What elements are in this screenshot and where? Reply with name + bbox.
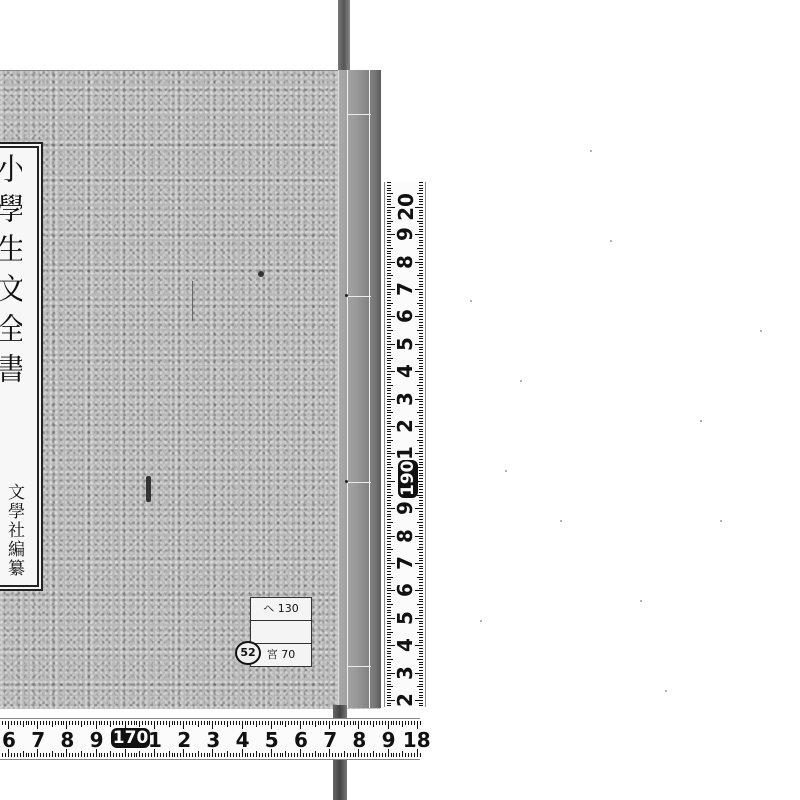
ruler-tick bbox=[419, 574, 423, 575]
ruler-tick bbox=[387, 215, 391, 216]
ruler-tick bbox=[417, 686, 423, 687]
ruler-tick bbox=[417, 330, 423, 331]
ruler-tick bbox=[387, 360, 391, 361]
ruler-tick bbox=[419, 623, 423, 624]
ruler-tick bbox=[419, 555, 423, 556]
ruler-tick bbox=[387, 314, 391, 315]
ruler-tick bbox=[180, 721, 181, 725]
ruler-tick bbox=[417, 659, 423, 660]
ruler-tick bbox=[387, 188, 391, 189]
ruler-tick bbox=[387, 305, 391, 306]
ruler-tick bbox=[215, 753, 216, 757]
ruler-tick bbox=[387, 651, 391, 652]
ruler-tick bbox=[387, 552, 391, 553]
ruler-tick bbox=[341, 753, 342, 757]
ruler-tick bbox=[387, 593, 391, 594]
ruler-tick bbox=[247, 753, 248, 757]
ruler-tick bbox=[320, 753, 321, 757]
ruler-tick bbox=[419, 336, 423, 337]
ruler-tick bbox=[344, 751, 345, 757]
ruler-tick bbox=[419, 396, 423, 397]
ruler-label: 2 bbox=[393, 688, 417, 712]
ruler-tick bbox=[31, 753, 32, 757]
ruler-tick bbox=[387, 374, 391, 375]
ruler-tick bbox=[419, 363, 423, 364]
ruler-tick bbox=[408, 753, 409, 757]
ruler-tick bbox=[387, 489, 391, 490]
ruler-tick bbox=[259, 721, 260, 725]
ruler-tick bbox=[419, 229, 423, 230]
ruler-tick bbox=[364, 753, 365, 757]
ruler-tick bbox=[376, 721, 377, 725]
ruler-tick bbox=[419, 311, 423, 312]
ruler-tick bbox=[387, 442, 391, 443]
ruler-tick bbox=[387, 604, 393, 605]
ruler-tick bbox=[419, 593, 423, 594]
ruler-label: 8 bbox=[352, 728, 366, 752]
ruler-tick bbox=[113, 753, 114, 757]
ruler-tick bbox=[61, 721, 62, 725]
ruler-tick bbox=[157, 721, 158, 725]
ruler-tick bbox=[411, 753, 412, 757]
ruler-tick bbox=[245, 753, 246, 757]
ruler-tick bbox=[419, 473, 423, 474]
ruler-label: 6 bbox=[2, 728, 16, 752]
ruler-tick bbox=[387, 396, 391, 397]
ruler-tick bbox=[207, 721, 208, 725]
ruler-tick bbox=[128, 753, 129, 757]
ruler-tick bbox=[387, 475, 391, 476]
ruler-tick bbox=[309, 721, 310, 725]
ruler-tick bbox=[417, 440, 423, 441]
book-spine bbox=[338, 70, 381, 708]
ruler-tick bbox=[387, 259, 391, 260]
ruler-tick bbox=[387, 492, 391, 493]
ruler-tick bbox=[139, 751, 140, 757]
ruler-label: 9 bbox=[393, 222, 417, 246]
ruler-label: 1 bbox=[148, 728, 162, 752]
ruler-label: 2 bbox=[177, 728, 191, 752]
ruler-tick bbox=[419, 215, 423, 216]
ruler-tick bbox=[84, 721, 85, 725]
ruler-tick bbox=[268, 753, 269, 757]
ruler-tick bbox=[419, 352, 423, 353]
ruler-tick bbox=[396, 721, 397, 725]
ruler-tick bbox=[373, 751, 374, 757]
ruler-tick bbox=[419, 245, 423, 246]
ruler-tick bbox=[209, 721, 210, 725]
ruler-tick bbox=[387, 319, 391, 320]
ruler-tick bbox=[323, 753, 324, 757]
ruler-tick bbox=[387, 242, 391, 243]
ruler-tick bbox=[122, 753, 123, 757]
ruler-tick bbox=[367, 721, 368, 725]
ruler-tick bbox=[387, 522, 393, 523]
ruler-tick bbox=[419, 541, 423, 542]
ruler-tick bbox=[419, 410, 423, 411]
ruler-tick bbox=[419, 242, 423, 243]
ruler-tick bbox=[318, 753, 319, 757]
ruler-tick bbox=[419, 448, 423, 449]
ruler-tick bbox=[364, 721, 365, 725]
ruler-tick bbox=[387, 445, 391, 446]
ruler-tick bbox=[387, 566, 391, 567]
ruler-tick bbox=[78, 721, 79, 725]
ruler-tick bbox=[419, 407, 423, 408]
ruler-tick bbox=[419, 612, 423, 613]
ruler-tick bbox=[387, 697, 391, 698]
ruler-tick bbox=[387, 467, 393, 468]
spine-binding-line bbox=[369, 70, 370, 708]
ruler-tick bbox=[419, 199, 423, 200]
ruler-tick bbox=[347, 753, 348, 757]
ruler-tick bbox=[180, 753, 181, 757]
ruler-tick bbox=[204, 721, 205, 725]
ruler-tick bbox=[387, 558, 391, 559]
publisher-name: 文學社編纂 bbox=[4, 483, 24, 578]
ruler-tick bbox=[107, 721, 108, 725]
ruler-tick bbox=[128, 721, 129, 725]
ruler-tick bbox=[387, 237, 391, 238]
ruler-tick bbox=[419, 185, 423, 186]
ruler-tick bbox=[419, 664, 423, 665]
ruler-tick bbox=[387, 500, 391, 501]
ruler-tick bbox=[387, 637, 391, 638]
ruler-tick bbox=[247, 721, 248, 725]
scan-speck bbox=[700, 420, 702, 422]
ruler-tick bbox=[23, 721, 24, 727]
ruler-tick bbox=[20, 721, 21, 725]
ruler-tick bbox=[387, 182, 391, 183]
ruler-label: 6 bbox=[393, 578, 417, 602]
ruler-tick bbox=[55, 721, 56, 725]
ruler-tick bbox=[419, 516, 423, 517]
ruler-tick bbox=[387, 459, 391, 460]
ruler-tick bbox=[285, 751, 286, 757]
ruler-tick bbox=[49, 721, 50, 725]
scan-speck bbox=[505, 470, 507, 472]
ruler-tick bbox=[69, 721, 70, 725]
ruler-tick bbox=[23, 751, 24, 757]
ruler-tick bbox=[387, 366, 391, 367]
ruler-label: 8 bbox=[393, 524, 417, 548]
ruler-tick bbox=[338, 753, 339, 757]
ruler-label: 18 bbox=[403, 728, 431, 752]
ruler-tick bbox=[268, 721, 269, 725]
ruler-tick bbox=[387, 382, 391, 383]
ruler-tick bbox=[230, 753, 231, 757]
ruler-tick bbox=[419, 451, 423, 452]
ruler-tick bbox=[387, 388, 391, 389]
scan-speck bbox=[640, 600, 642, 602]
ruler-tick bbox=[419, 338, 423, 339]
ruler-tick bbox=[61, 753, 62, 757]
ruler-tick bbox=[177, 721, 178, 725]
ruler-tick bbox=[5, 721, 6, 725]
ruler-label: 5 bbox=[393, 606, 417, 630]
ruler-tick bbox=[419, 286, 423, 287]
ruler-tick bbox=[387, 703, 391, 704]
ruler-tick bbox=[419, 599, 423, 600]
ruler-tick bbox=[419, 297, 423, 298]
ruler-tick bbox=[419, 585, 423, 586]
ruler-tick bbox=[318, 721, 319, 725]
ruler-tick bbox=[419, 366, 423, 367]
ruler-tick bbox=[280, 721, 281, 725]
ruler-tick bbox=[417, 604, 423, 605]
ruler-tick bbox=[399, 721, 400, 725]
ruler-tick bbox=[419, 204, 423, 205]
ruler-tick bbox=[262, 721, 263, 725]
ruler-tick bbox=[408, 721, 409, 725]
ruler-tick bbox=[419, 692, 423, 693]
ruler-tick bbox=[312, 753, 313, 757]
ruler-tick bbox=[419, 196, 423, 197]
ruler-tick bbox=[209, 753, 210, 757]
ruler-tick bbox=[419, 689, 423, 690]
ruler-tick bbox=[387, 607, 391, 608]
ruler-tick bbox=[256, 751, 257, 757]
ruler-tick bbox=[387, 470, 391, 471]
ruler-tick bbox=[414, 753, 415, 757]
ruler-tick bbox=[93, 753, 94, 757]
ruler-tick bbox=[309, 753, 310, 757]
ruler-tick bbox=[198, 751, 199, 757]
ruler-tick bbox=[419, 418, 423, 419]
ruler-tick bbox=[387, 401, 391, 402]
ruler-tick bbox=[417, 577, 423, 578]
ruler-tick bbox=[419, 273, 423, 274]
ruler-tick bbox=[227, 721, 228, 727]
ruler-tick bbox=[315, 721, 316, 727]
ruler-tick bbox=[419, 379, 423, 380]
ruler-tick bbox=[419, 188, 423, 189]
ruler-label: 7 bbox=[393, 277, 417, 301]
ruler-tick bbox=[379, 721, 380, 725]
ruler-tick bbox=[160, 721, 161, 725]
book-cover: 小學生文全書 文學社編纂 bbox=[0, 70, 380, 709]
ruler-tick bbox=[145, 753, 146, 757]
ruler-tick bbox=[189, 721, 190, 725]
ruler-tick bbox=[84, 753, 85, 757]
scan-speck bbox=[760, 330, 762, 332]
ruler-tick bbox=[2, 721, 3, 725]
spine-thread bbox=[347, 666, 371, 667]
ruler-tick bbox=[20, 753, 21, 757]
ruler-tick bbox=[420, 721, 421, 725]
ruler-tick bbox=[419, 648, 423, 649]
ruler-tick bbox=[81, 751, 82, 757]
ruler-label: 2 bbox=[393, 414, 417, 438]
ruler-tick bbox=[419, 697, 423, 698]
ruler-tick bbox=[419, 322, 423, 323]
ruler-tick bbox=[387, 297, 391, 298]
ruler-tick bbox=[49, 753, 50, 757]
ruler-tick bbox=[387, 684, 391, 685]
ruler-tick bbox=[201, 753, 202, 757]
ruler-tick bbox=[419, 588, 423, 589]
ruler-tick bbox=[387, 596, 391, 597]
ruler-tick bbox=[419, 390, 423, 391]
ruler-tick bbox=[419, 190, 423, 191]
ruler-tick bbox=[387, 248, 393, 249]
ruler-tick bbox=[387, 571, 391, 572]
ruler-tick bbox=[387, 705, 391, 706]
ruler-tick bbox=[387, 555, 391, 556]
ruler-tick bbox=[419, 459, 423, 460]
ruler-tick bbox=[411, 721, 412, 725]
ruler-label: 3 bbox=[393, 661, 417, 685]
ruler-tick bbox=[387, 519, 391, 520]
ruler-tick bbox=[387, 678, 391, 679]
ruler-tick bbox=[379, 753, 380, 757]
ruler-tick bbox=[119, 721, 120, 725]
ruler-tick bbox=[417, 522, 423, 523]
ruler-tick bbox=[43, 753, 44, 757]
ruler-tick bbox=[419, 223, 423, 224]
ruler-tick bbox=[419, 547, 423, 548]
ruler-tick bbox=[387, 418, 391, 419]
ruler-label: 3 bbox=[393, 387, 417, 411]
ruler-tick bbox=[297, 721, 298, 725]
ruler-tick bbox=[90, 753, 91, 757]
ruler-tick bbox=[122, 721, 123, 725]
ruler-tick bbox=[172, 753, 173, 757]
ruler-tick bbox=[387, 533, 391, 534]
ruler-tick bbox=[419, 259, 423, 260]
ruler-tick bbox=[387, 322, 391, 323]
ruler-tick bbox=[40, 721, 41, 725]
ruler-tick bbox=[419, 607, 423, 608]
scan-speck bbox=[665, 690, 667, 692]
ruler-tick bbox=[419, 305, 423, 306]
ruler-tick bbox=[419, 642, 423, 643]
ruler-tick bbox=[5, 753, 6, 757]
ruler-tick bbox=[72, 721, 73, 725]
ruler-tick bbox=[419, 560, 423, 561]
ruler-tick bbox=[419, 626, 423, 627]
ruler-tick bbox=[221, 753, 222, 757]
ruler-label: 4 bbox=[236, 728, 250, 752]
ruler-tick bbox=[405, 753, 406, 757]
ruler-tick bbox=[387, 629, 391, 630]
ruler-tick bbox=[387, 273, 391, 274]
ruler-tick bbox=[110, 721, 111, 727]
ruler-tick bbox=[315, 751, 316, 757]
ruler-tick bbox=[387, 226, 391, 227]
ruler-label: 5 bbox=[393, 332, 417, 356]
ruler-tick bbox=[419, 464, 423, 465]
ruler-tick bbox=[186, 753, 187, 757]
ruler-tick bbox=[245, 721, 246, 725]
ruler-tick bbox=[355, 753, 356, 757]
ruler-tick bbox=[419, 237, 423, 238]
ruler-tick bbox=[387, 423, 391, 424]
ruler-tick bbox=[104, 753, 105, 757]
ruler-tick bbox=[387, 662, 391, 663]
ruler-tick bbox=[387, 379, 391, 380]
ruler-tick bbox=[81, 721, 82, 727]
ruler-tick bbox=[387, 656, 391, 657]
ruler-tick bbox=[419, 360, 423, 361]
ruler-tick bbox=[136, 753, 137, 757]
ruler-tick bbox=[387, 612, 391, 613]
ruler-tick bbox=[274, 753, 275, 757]
ruler-tick bbox=[28, 721, 29, 725]
ruler-tick bbox=[341, 721, 342, 725]
ruler-tick bbox=[419, 582, 423, 583]
ruler-label: 7 bbox=[393, 551, 417, 575]
ruler-tick bbox=[396, 753, 397, 757]
ruler-tick bbox=[145, 721, 146, 725]
ruler-tick bbox=[419, 231, 423, 232]
ruler-tick bbox=[399, 753, 400, 757]
ruler-tick bbox=[387, 352, 391, 353]
ruler-tick bbox=[387, 516, 391, 517]
ruler-tick bbox=[17, 753, 18, 757]
ruler-tick bbox=[52, 721, 53, 727]
ruler-tick bbox=[419, 478, 423, 479]
ruler-tick bbox=[419, 621, 423, 622]
ruler-tick bbox=[221, 721, 222, 725]
ruler-tick bbox=[417, 385, 423, 386]
ruler-tick bbox=[90, 721, 91, 725]
ruler-tick bbox=[419, 431, 423, 432]
spine-binding-line bbox=[347, 70, 348, 708]
ruler-tick bbox=[419, 341, 423, 342]
ruler-tick bbox=[419, 319, 423, 320]
ruler-tick bbox=[265, 721, 266, 725]
ruler-tick bbox=[367, 753, 368, 757]
ruler-tick bbox=[332, 753, 333, 757]
ruler-label: 4 bbox=[393, 633, 417, 657]
ruler-tick bbox=[419, 445, 423, 446]
ruler-tick bbox=[419, 292, 423, 293]
ruler-tick bbox=[157, 753, 158, 757]
thread-hole bbox=[345, 294, 348, 297]
ruler-tick bbox=[387, 689, 391, 690]
ruler-tick bbox=[387, 695, 391, 696]
ruler-tick bbox=[387, 385, 393, 386]
scan-speck bbox=[480, 620, 482, 622]
ruler-tick bbox=[192, 753, 193, 757]
ruler-tick bbox=[11, 721, 12, 725]
ruler-tick bbox=[387, 377, 391, 378]
ruler-tick bbox=[419, 484, 423, 485]
ruler-tick bbox=[419, 519, 423, 520]
ruler-tick bbox=[419, 393, 423, 394]
ruler-tick bbox=[419, 566, 423, 567]
ruler-tick bbox=[166, 721, 167, 725]
ruler-tick bbox=[387, 481, 395, 482]
ruler-tick bbox=[419, 568, 423, 569]
ruler-tick bbox=[63, 753, 64, 757]
ruler-tick bbox=[387, 199, 391, 200]
ruler-tick bbox=[419, 470, 423, 471]
ruler-tick bbox=[387, 473, 391, 474]
ruler-tick bbox=[387, 464, 391, 465]
ruler-tick bbox=[101, 753, 102, 757]
ruler-tick bbox=[387, 503, 391, 504]
ruler-tick bbox=[419, 201, 423, 202]
scan-speck bbox=[720, 520, 722, 522]
ruler-tick bbox=[104, 721, 105, 725]
ruler-tick bbox=[277, 721, 278, 725]
ruler-tick bbox=[116, 753, 117, 757]
ruler-tick bbox=[387, 193, 393, 194]
ruler-tick bbox=[419, 558, 423, 559]
ruler-tick bbox=[69, 753, 70, 757]
